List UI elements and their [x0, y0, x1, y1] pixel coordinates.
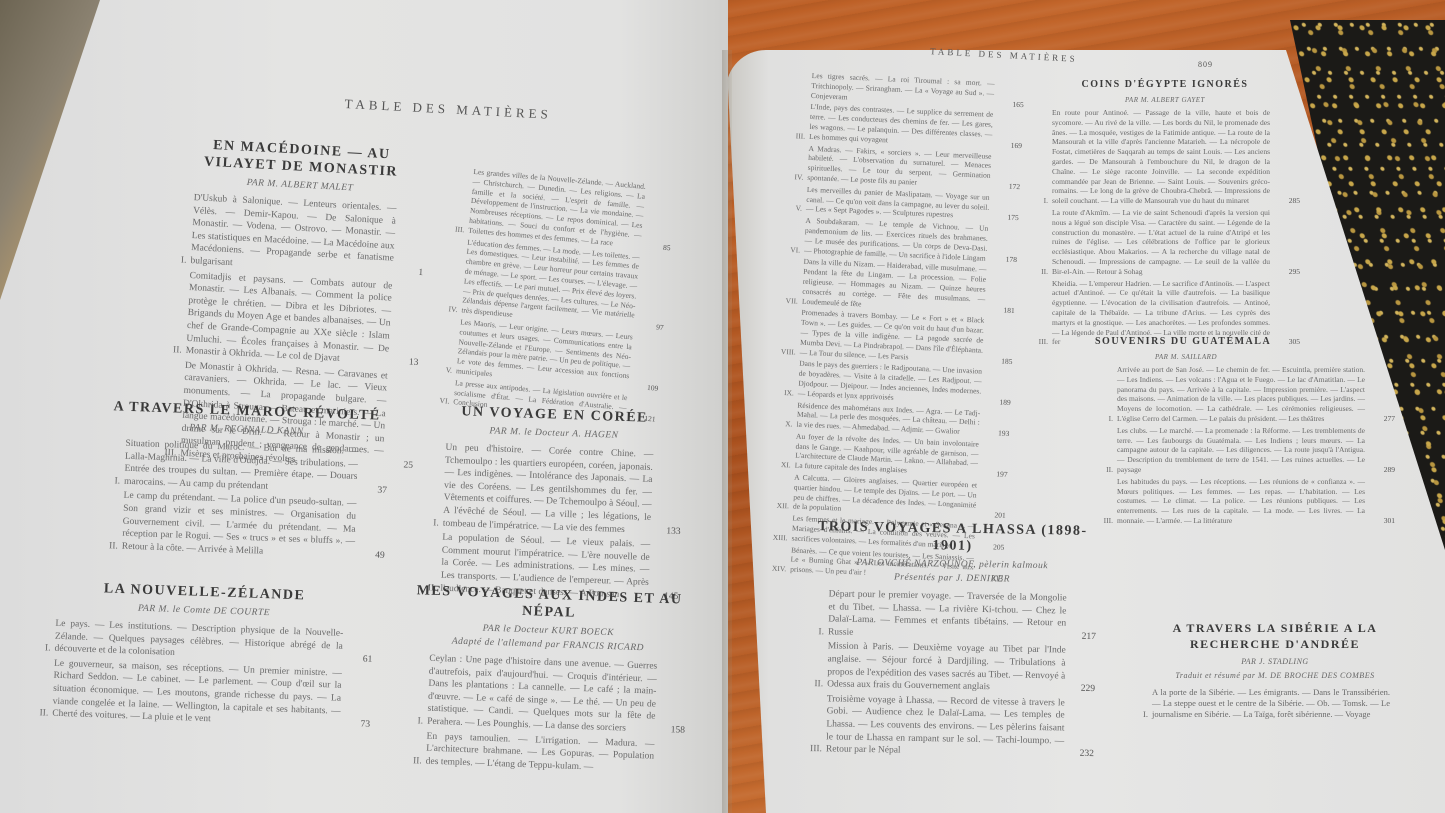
toc-section-egypte: COINS D'ÉGYPTE IGNORÉS PAR M. ALBERT GAY… — [1030, 76, 1300, 349]
section-author: PAR OVCHÉ NARZOUNOF, pèlerin kalmouk — [807, 557, 1097, 572]
toc-section-nouvelle-zelande-cont: III.Les grandes villes de la Nouvelle-Zé… — [431, 165, 676, 427]
toc-entry: II.Comitadjis et paysans. — Combats auto… — [163, 268, 422, 369]
toc-entry: II.En pays tamoulien. — L'irrigation. — … — [404, 729, 685, 777]
section-author: PAR J. STADLING — [1130, 657, 1420, 666]
book-gutter — [722, 50, 732, 813]
toc-section-indes-nepal: MES VOYAGES AUX INDES ET AU NÉPAL PAR le… — [403, 582, 689, 779]
toc-entry: I.Ceylan : Une page d'histoire dans une … — [405, 652, 687, 737]
toc-section-siberie: A TRAVERS LA SIBÉRIE A LA RECHERCHE D'AN… — [1130, 620, 1420, 722]
page-number: 809 — [1198, 60, 1213, 69]
toc-entry: I.Un peu d'histoire. — Corée contre Chin… — [421, 441, 684, 538]
section-title: COINS D'ÉGYPTE IGNORÉS — [1030, 76, 1300, 93]
toc-section-maroc: A TRAVERS LE MAROC RÉVOLTÉ PAR M. REGINA… — [100, 398, 390, 564]
section-author: PAR M. ALBERT GAYET — [1030, 96, 1300, 104]
section-translator: Traduit et résumé par M. DE BROCHE DES C… — [1130, 671, 1420, 680]
toc-section-lhassa: TROIS VOYAGES A LHASSA (1898-1901) PAR O… — [804, 518, 1098, 763]
toc-entry: III.Les habitudes du pays. — Les récepti… — [1095, 477, 1395, 526]
toc-section-guatemala: SOUVENIRS DU GUATÉMALA PAR M. SAILLARD I… — [1095, 333, 1395, 528]
section-title: TROIS VOYAGES A LHASSA (1898-1901) — [807, 518, 1098, 557]
toc-entry: I.D'Uskub à Salonique. — Lenteurs orient… — [168, 191, 427, 280]
toc-entry: II.Le camp du prétendant. — La police d'… — [100, 489, 387, 562]
section-translator: Présentés par J. DENIKER — [807, 571, 1097, 586]
toc-entry: VII.Dans la ville du Nizam. — Haiderabad… — [780, 256, 1017, 315]
toc-section-indes-cont: Les tigres sacrés. — La roi Tiroumal : s… — [768, 70, 1025, 588]
toc-entry: II.Le gouverneur, sa maison, ses récepti… — [30, 657, 372, 732]
toc-entry: I.Situation politique du Maroc. — But de… — [102, 437, 389, 497]
toc-entry: III.Troisième voyage à Lhassa. — Record … — [804, 693, 1095, 761]
toc-entry: I.Arrivée au port de San José. — Le chem… — [1095, 365, 1395, 424]
toc-section-coree: UN VOYAGE EN CORÉE PAR M. le Docteur A. … — [418, 402, 685, 605]
toc-entry: I.A la porte de la Sibérie. — Les émigra… — [1130, 687, 1420, 720]
section-title: SOUVENIRS DU GUATÉMALA — [1095, 333, 1395, 350]
toc-entry: II.Mission à Paris. — Deuxième voyage au… — [805, 640, 1096, 695]
section-author: PAR M. le Docteur A. HAGEN — [424, 424, 684, 443]
toc-entry: VIII.Promenades à travers Bombay. — Le «… — [778, 307, 1015, 366]
toc-entry: I.Départ pour le premier voyage. — Trave… — [806, 588, 1097, 643]
section-author: PAR M. SAILLARD — [1095, 353, 1395, 361]
toc-entry: I.En route pour Antinoé. — Passage de la… — [1030, 108, 1300, 206]
toc-section-nouvelle-zelande: LA NOUVELLE-ZÉLANDE PAR M. le Comte DE C… — [30, 578, 375, 734]
section-title: A TRAVERS LA SIBÉRIE A LA RECHERCHE D'AN… — [1130, 620, 1420, 652]
toc-entry: II.La route d'Akmîm. — La vie de saint S… — [1030, 208, 1300, 277]
toc-entry: II.Les clubs. — Le marché. — La promenad… — [1095, 426, 1395, 475]
